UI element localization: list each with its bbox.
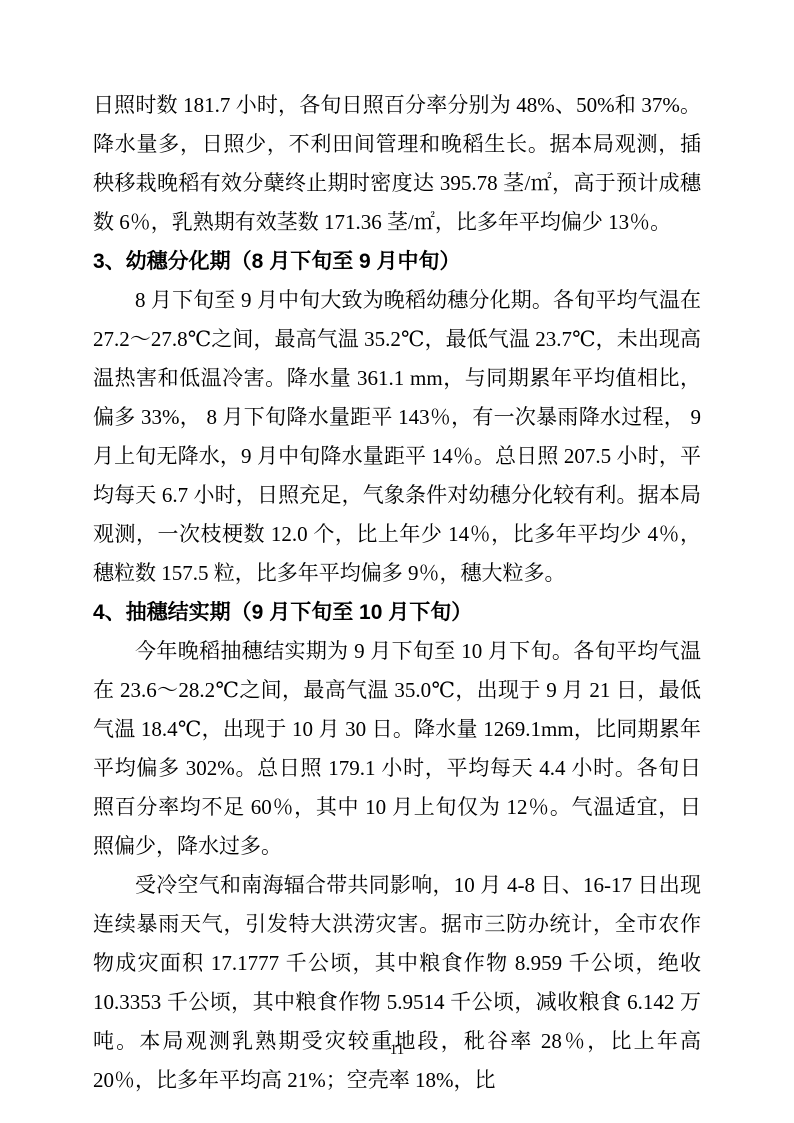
- heading-panicle-differentiation-period: 3、幼穗分化期（8 月下旬至 9 月中旬）: [93, 242, 701, 281]
- heading-heading-grain-filling-period: 4、抽穗结实期（9 月下旬至 10 月下旬）: [93, 593, 701, 632]
- paragraph-tillering-sunshine-stats: 日照时数 181.7 小时，各旬日照百分率分别为 48%、50%和 37%。降水…: [93, 86, 701, 242]
- paragraph-panicle-differentiation-period: 8 月下旬至 9 月中旬大致为晚稻幼穗分化期。各旬平均气温在 27.2～27.8…: [93, 281, 701, 593]
- paragraph-heading-grain-filling-period: 今年晚稻抽穗结实期为 9 月下旬至 10 月下旬。各旬平均气温在 23.6～28…: [93, 632, 701, 866]
- page-number: 11: [0, 1040, 794, 1060]
- document-page: 日照时数 181.7 小时，各旬日照百分率分别为 48%、50%和 37%。降水…: [0, 0, 794, 1123]
- paragraph-flood-disaster-impact: 受冷空气和南海辐合带共同影响，10 月 4-8 日、16-17 日出现连续暴雨天…: [93, 866, 701, 1100]
- document-body: 日照时数 181.7 小时，各旬日照百分率分别为 48%、50%和 37%。降水…: [93, 86, 701, 1100]
